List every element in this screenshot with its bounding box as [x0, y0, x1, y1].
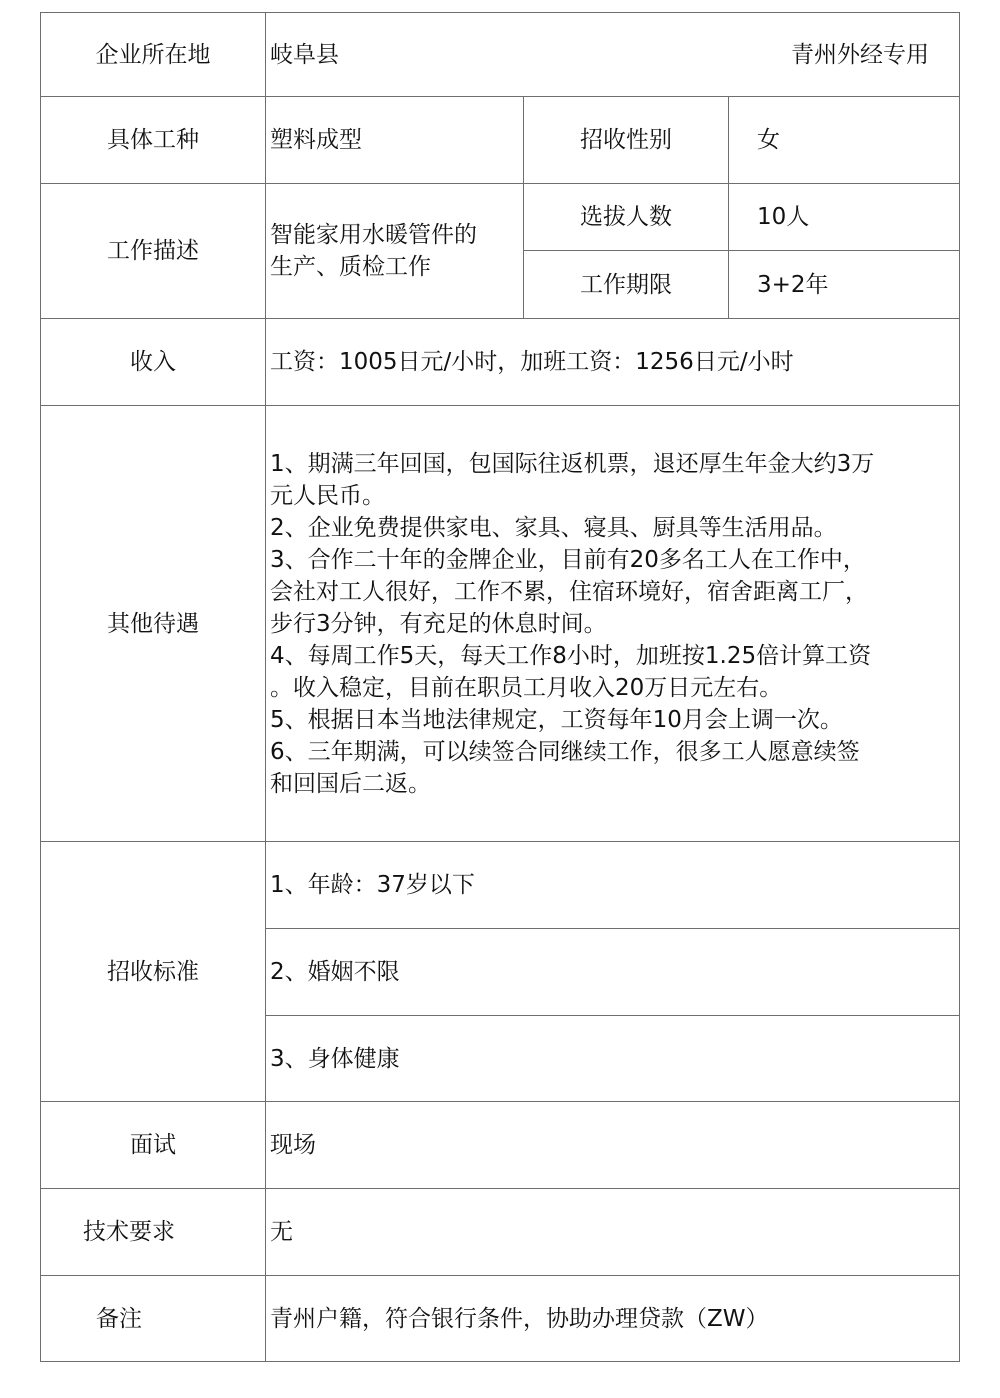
gender-label: 招收性别: [523, 96, 729, 184]
gender-value: 女: [728, 96, 960, 184]
income-value: 工资：1005日元/小时，加班工资：1256日元/小时: [265, 318, 960, 406]
usage-tag: 青州外经专用: [791, 13, 929, 96]
job-type-label: 具体工种: [40, 96, 266, 184]
benefits-text: 1、期满三年回国，包国际往返机票，退还厚生年金大约3万 元人民币。 2、企业免费…: [265, 405, 960, 842]
job-posting-table: 企业所在地 岐阜县 青州外经专用 具体工种 塑料成型 招收性别 女 工作描述 智…: [40, 12, 960, 1362]
term-label: 工作期限: [523, 250, 729, 319]
description-value: 智能家用水暖管件的 生产、质检工作: [265, 183, 524, 319]
benefits-label: 其他待遇: [40, 405, 266, 842]
interview-label: 面试: [40, 1101, 266, 1189]
headcount-label: 选拔人数: [523, 183, 729, 251]
term-value: 3+2年: [728, 250, 960, 319]
criteria-item: 1、年龄：37岁以下: [265, 841, 960, 929]
criteria-label: 招收标准: [40, 841, 266, 1102]
remarks-label: 备注: [40, 1275, 266, 1362]
criteria-item: 2、婚姻不限: [265, 928, 960, 1016]
income-label: 收入: [40, 318, 266, 406]
criteria-item: 3、身体健康: [265, 1015, 960, 1102]
skills-value: 无: [265, 1188, 960, 1276]
remarks-value: 青州户籍，符合银行条件，协助办理贷款（ZW）: [265, 1275, 960, 1362]
description-label: 工作描述: [40, 183, 266, 319]
location-label: 企业所在地: [40, 12, 266, 97]
headcount-value: 10人: [728, 183, 960, 251]
skills-label: 技术要求: [40, 1188, 266, 1276]
location-cell: 岐阜县 青州外经专用: [265, 12, 960, 97]
job-type-value: 塑料成型: [265, 96, 524, 184]
location-value: 岐阜县: [270, 39, 339, 71]
interview-value: 现场: [265, 1101, 960, 1189]
